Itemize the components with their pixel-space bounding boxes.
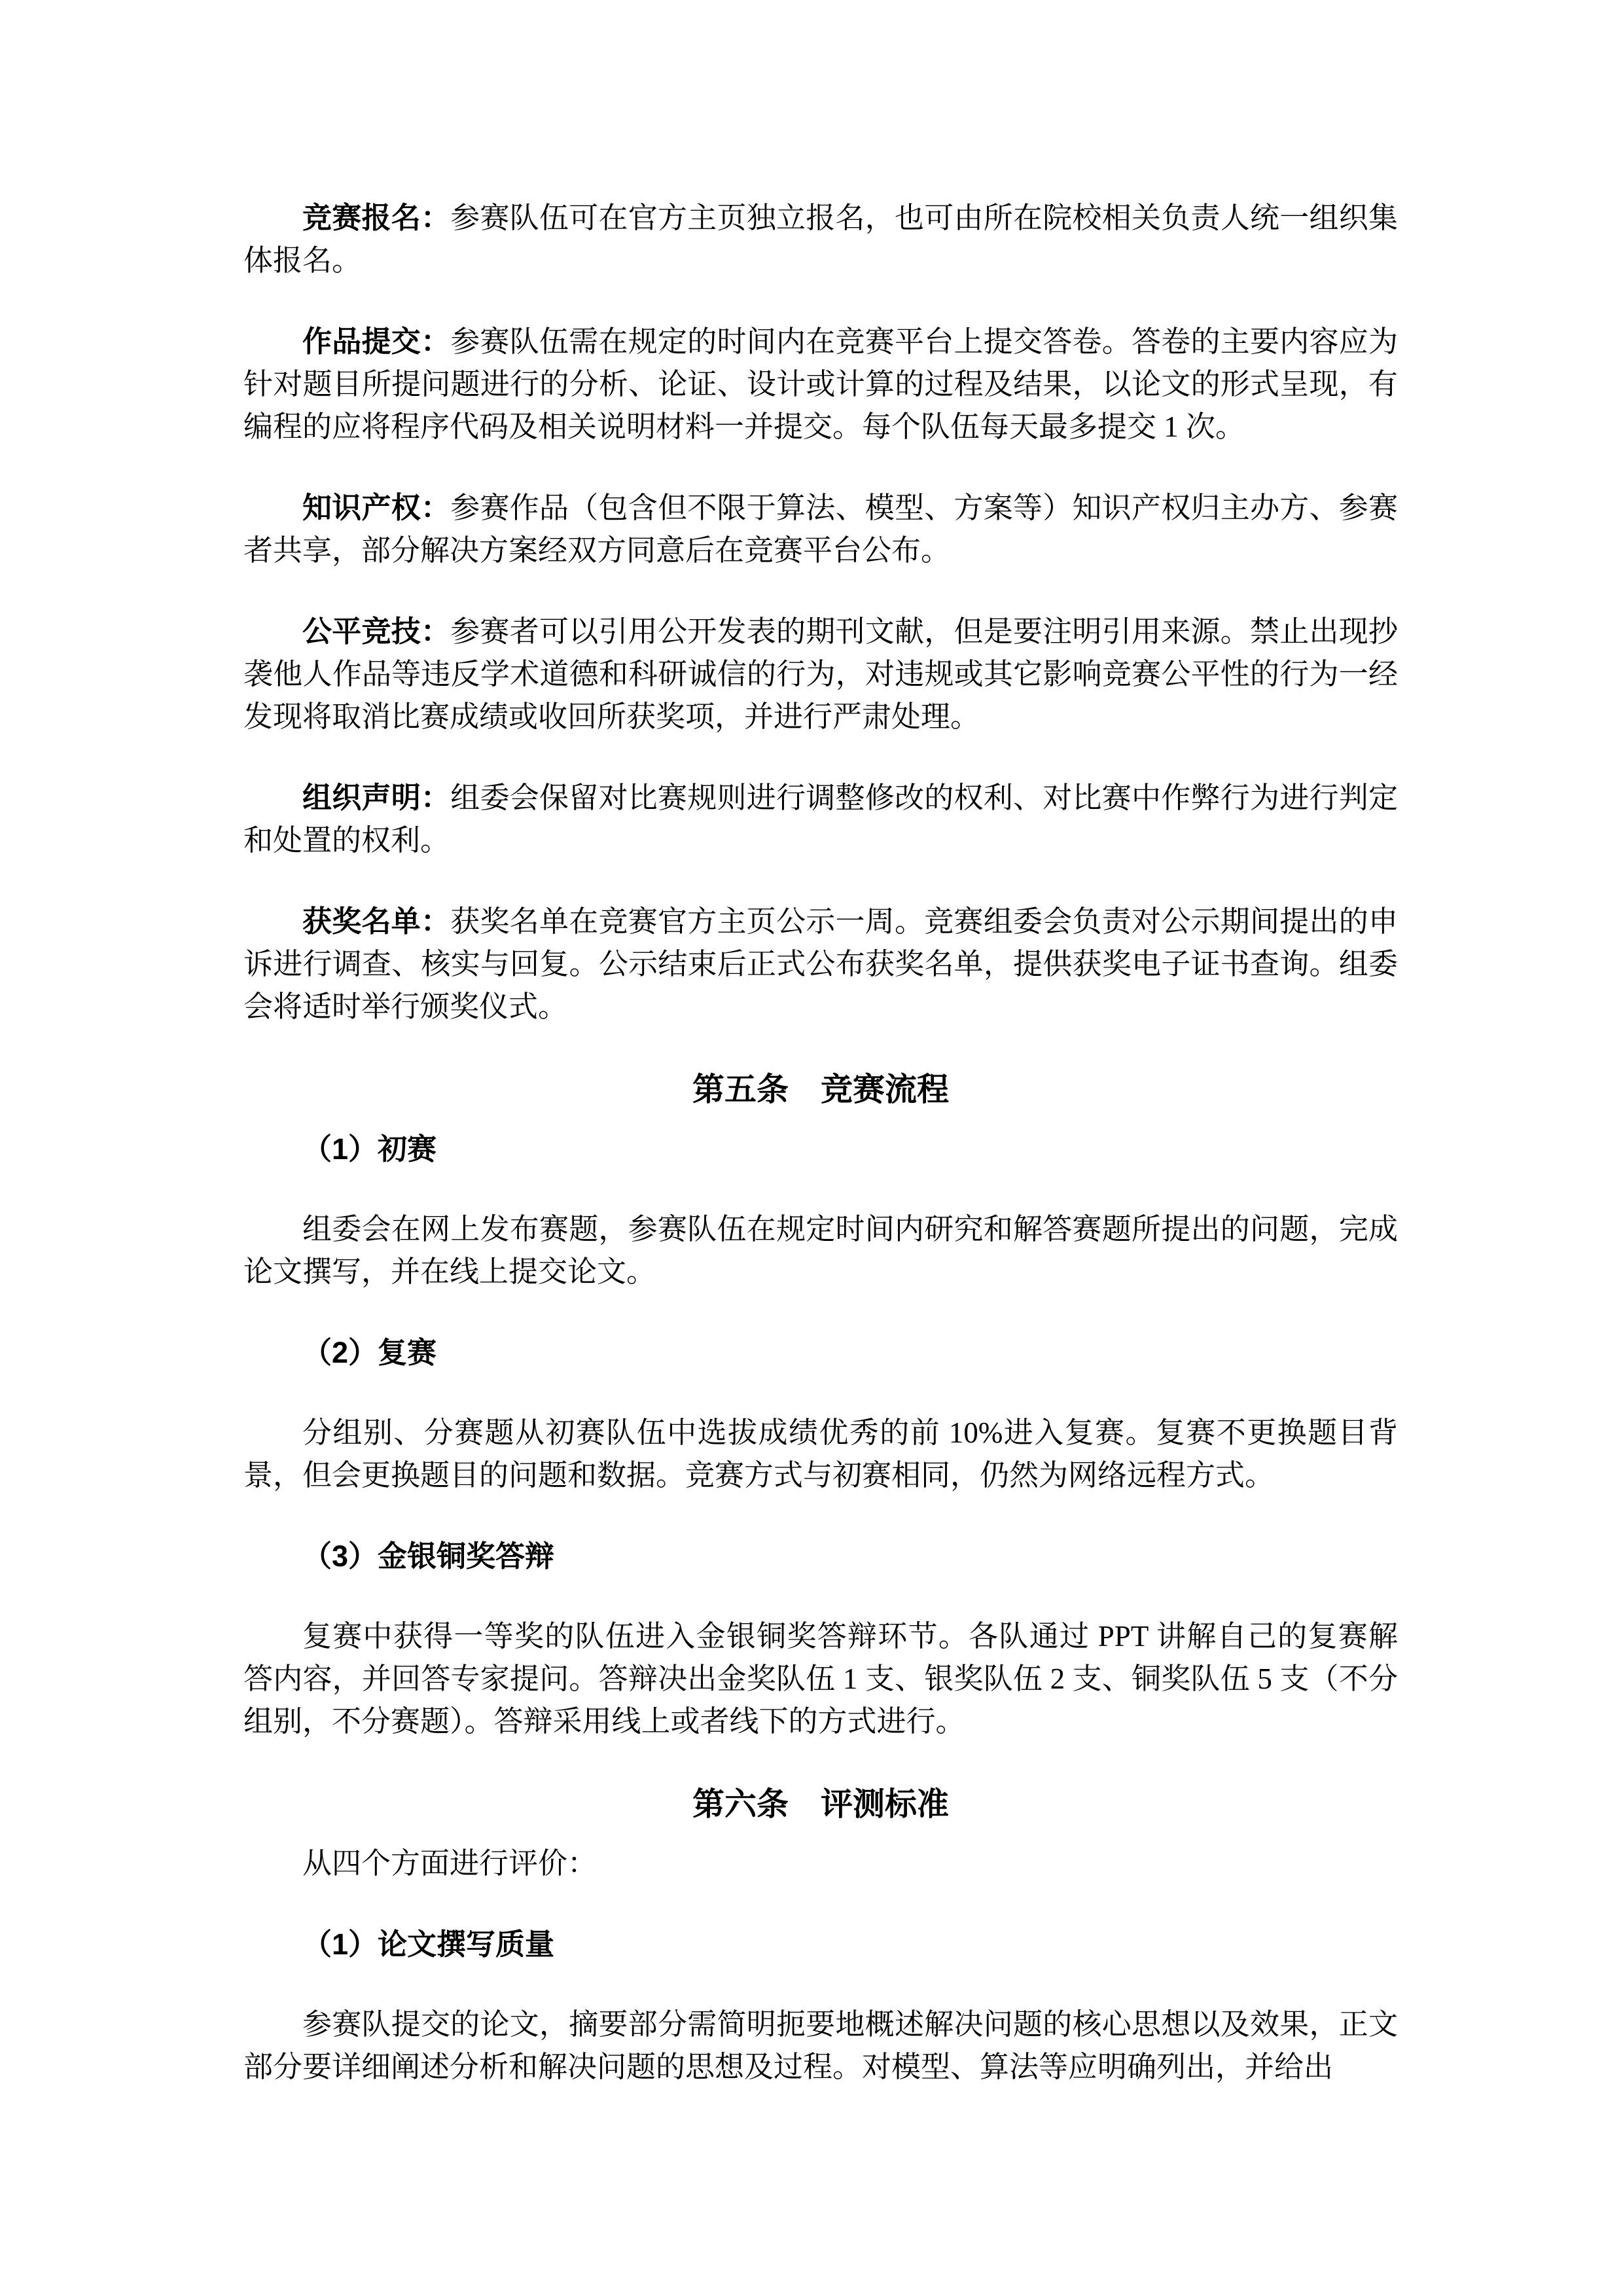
- term-label-registration: 竞赛报名：: [302, 201, 450, 234]
- term-paragraph-registration: 竞赛报名：参赛队伍可在官方主页独立报名，也可由所在院校相关负责人统一组织集体报名…: [243, 196, 1398, 282]
- term-paragraph-ip: 知识产权：参赛作品（包含但不限于算法、模型、方案等）知识产权归主办方、参赛者共享…: [243, 486, 1398, 572]
- document-page: 竞赛报名：参赛队伍可在官方主页独立报名，也可由所在院校相关负责人统一组织集体报名…: [0, 0, 1623, 2296]
- article5-stage3-body: 复赛中获得一等奖的队伍进入金银铜奖答辩环节。各队通过 PPT 讲解自己的复赛解答…: [243, 1615, 1398, 1743]
- article5-stage1-body: 组委会在网上发布赛题，参赛队伍在规定时间内研究和解答赛题所提出的问题，完成论文撰…: [243, 1208, 1398, 1293]
- article6-criterion1-title: （1）论文撰写质量: [243, 1923, 1398, 1965]
- article5-title: 第五条 竞赛流程: [243, 1066, 1398, 1113]
- term-label-ip: 知识产权：: [302, 491, 450, 524]
- article6-title: 第六条 评测标准: [243, 1781, 1398, 1828]
- term-label-submission: 作品提交：: [302, 325, 450, 358]
- term-paragraph-fairplay: 公平竞技：参赛者可以引用公开发表的期刊文献，但是要注明引用来源。禁止出现抄袭他人…: [243, 610, 1398, 738]
- term-label-fairplay: 公平竞技：: [302, 615, 450, 648]
- term-label-awards: 获奖名单：: [302, 905, 450, 938]
- article5-stage3-title: （3）金银铜奖答辩: [243, 1535, 1398, 1577]
- article5-stage2-body: 分组别、分赛题从初赛队伍中选拔成绩优秀的前 10%进入复赛。复赛不更换题目背景，…: [243, 1412, 1398, 1497]
- article6-intro: 从四个方面进行评价：: [243, 1842, 1398, 1885]
- article6-criterion1-body: 参赛队提交的论文，摘要部分需简明扼要地概述解决问题的核心思想以及效果，正文部分要…: [243, 2003, 1398, 2089]
- term-label-statement: 组织声明：: [302, 781, 450, 814]
- article5-stage1-title: （1）初赛: [243, 1128, 1398, 1170]
- term-paragraph-statement: 组织声明：组委会保留对比赛规则进行调整修改的权利、对比赛中作弊行为进行判定和处置…: [243, 776, 1398, 862]
- term-paragraph-submission: 作品提交：参赛队伍需在规定的时间内在竞赛平台上提交答卷。答卷的主要内容应为针对题…: [243, 320, 1398, 448]
- article5-stage2-title: （2）复赛: [243, 1331, 1398, 1374]
- term-paragraph-awards: 获奖名单：获奖名单在竞赛官方主页公示一周。竞赛组委会负责对公示期间提出的申诉进行…: [243, 900, 1398, 1028]
